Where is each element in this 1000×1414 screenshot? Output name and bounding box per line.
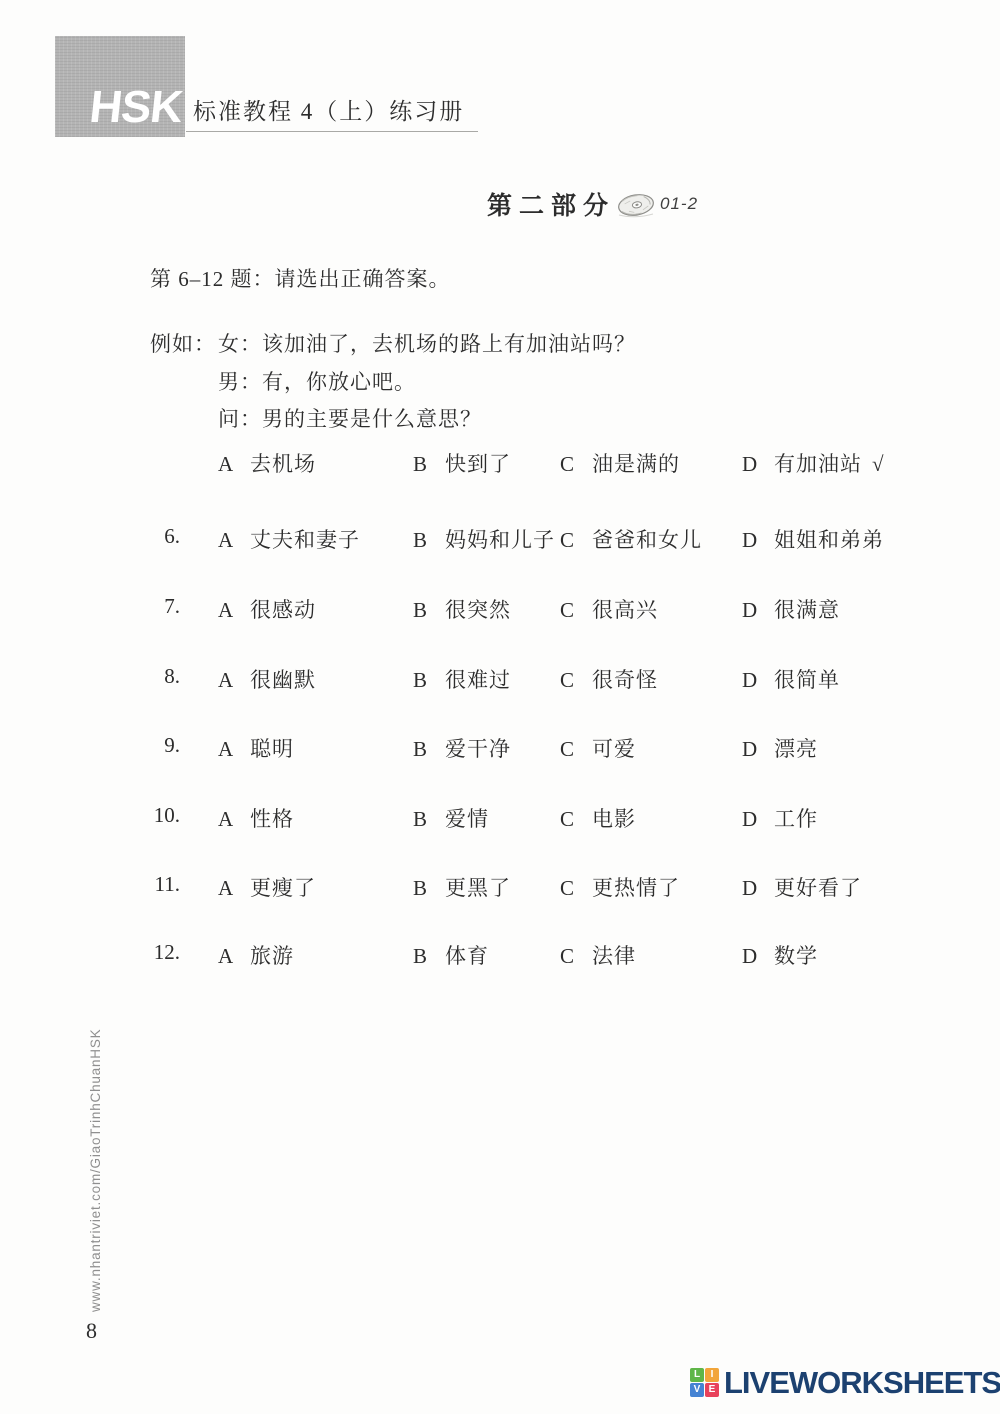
- option-b: B爱干净: [413, 733, 511, 763]
- header-divider: [186, 131, 478, 132]
- question-number: 10.: [150, 803, 180, 828]
- liveworksheets-wordmark: LIVEWORKSHEETS: [724, 1367, 1000, 1398]
- question-number: 8.: [150, 664, 180, 689]
- question-row-8: 8. A很幽默 B很难过 C很奇怪 D很简单: [150, 664, 980, 694]
- book-title: 标准教程 4（上）练习册: [193, 93, 464, 126]
- question-number: 12.: [150, 940, 180, 965]
- option-a: A旅游: [218, 940, 294, 970]
- option-d: D姐姐和弟弟: [742, 524, 884, 554]
- cd-icon: [615, 190, 657, 225]
- liveworksheets-logo: L I V E: [690, 1368, 719, 1397]
- logo-cell-e: E: [705, 1383, 719, 1397]
- option-a: A性格: [218, 803, 294, 833]
- option-c: C爸爸和女儿: [560, 524, 702, 554]
- question-row-9: 9. A聪明 B爱干净 C可爱 D漂亮: [150, 733, 980, 763]
- example-label: 例如：: [150, 328, 218, 358]
- audio-track-number: 01-2: [660, 194, 698, 214]
- example-option-d: D有加油站√: [742, 448, 885, 478]
- page-number: 8: [86, 1318, 97, 1344]
- option-d: D漂亮: [742, 733, 818, 763]
- example-line-3: 问：男的主要是什么意思？: [218, 403, 482, 433]
- instructions-text: 第 6–12 题：请选出正确答案。: [150, 263, 451, 293]
- hsk-logo-text: HSK: [88, 84, 185, 129]
- hsk-logo-box: HSK: [55, 36, 185, 137]
- question-row-10: 10. A性格 B爱情 C电影 D工作: [150, 803, 980, 833]
- option-a: A丈夫和妻子: [218, 524, 360, 554]
- checkmark: √: [862, 452, 885, 476]
- example-line-2: 男：有，你放心吧。: [218, 366, 416, 396]
- option-b: B更黑了: [413, 872, 511, 902]
- logo-cell-l: L: [690, 1368, 704, 1382]
- example-dialogue-man: 男：有，你放心吧。: [218, 370, 416, 394]
- example-options-row: A去机场 B快到了 C油是满的 D有加油站√: [150, 448, 980, 478]
- question-number: 11.: [150, 872, 180, 897]
- liveworksheets-brand: L I V E LIVEWORKSHEETS: [690, 1367, 1000, 1398]
- logo-cell-i: I: [705, 1368, 719, 1382]
- question-row-6: 6. A丈夫和妻子 B妈妈和儿子 C爸爸和女儿 D姐姐和弟弟: [150, 524, 980, 554]
- example-option-c: C油是满的: [560, 448, 680, 478]
- option-a: A更瘦了: [218, 872, 316, 902]
- logo-cell-v: V: [690, 1383, 704, 1397]
- option-d: D工作: [742, 803, 818, 833]
- option-a: A很感动: [218, 594, 316, 624]
- option-d: D更好看了: [742, 872, 862, 902]
- option-c: C很奇怪: [560, 664, 658, 694]
- option-c: C可爱: [560, 733, 636, 763]
- option-b: B爱情: [413, 803, 489, 833]
- option-c: C法律: [560, 940, 636, 970]
- question-number: 7.: [150, 594, 180, 619]
- question-row-11: 11. A更瘦了 B更黑了 C更热情了 D更好看了: [150, 872, 980, 902]
- question-row-7: 7. A很感动 B很突然 C很高兴 D很满意: [150, 594, 980, 624]
- section-title: 第二部分: [487, 186, 615, 222]
- example-option-a: A去机场: [218, 448, 316, 478]
- option-c: C很高兴: [560, 594, 658, 624]
- side-watermark-url: www.nhantriviet.com/GiaoTrinhChuanHSK: [88, 1000, 103, 1312]
- question-number: 6.: [150, 524, 180, 549]
- question-row-12: 12. A旅游 B体育 C法律 D数学: [150, 940, 980, 970]
- option-b: B很突然: [413, 594, 511, 624]
- option-b: B体育: [413, 940, 489, 970]
- option-d: D很满意: [742, 594, 840, 624]
- workbook-page: HSK 标准教程 4（上）练习册 第二部分 01-2 第 6–12 题：请选出正…: [0, 0, 1000, 1414]
- option-a: A很幽默: [218, 664, 316, 694]
- example-question: 问：男的主要是什么意思？: [218, 407, 482, 431]
- option-d: D数学: [742, 940, 818, 970]
- option-c: C更热情了: [560, 872, 680, 902]
- option-b: B妈妈和儿子: [413, 524, 555, 554]
- example-option-b: B快到了: [413, 448, 511, 478]
- option-b: B很难过: [413, 664, 511, 694]
- option-d: D很简单: [742, 664, 840, 694]
- example-line-1: 例如：女：该加油了，去机场的路上有加油站吗？: [150, 328, 636, 358]
- question-number: 9.: [150, 733, 180, 758]
- option-c: C电影: [560, 803, 636, 833]
- example-dialogue-woman: 女：该加油了，去机场的路上有加油站吗？: [218, 332, 636, 356]
- option-a: A聪明: [218, 733, 294, 763]
